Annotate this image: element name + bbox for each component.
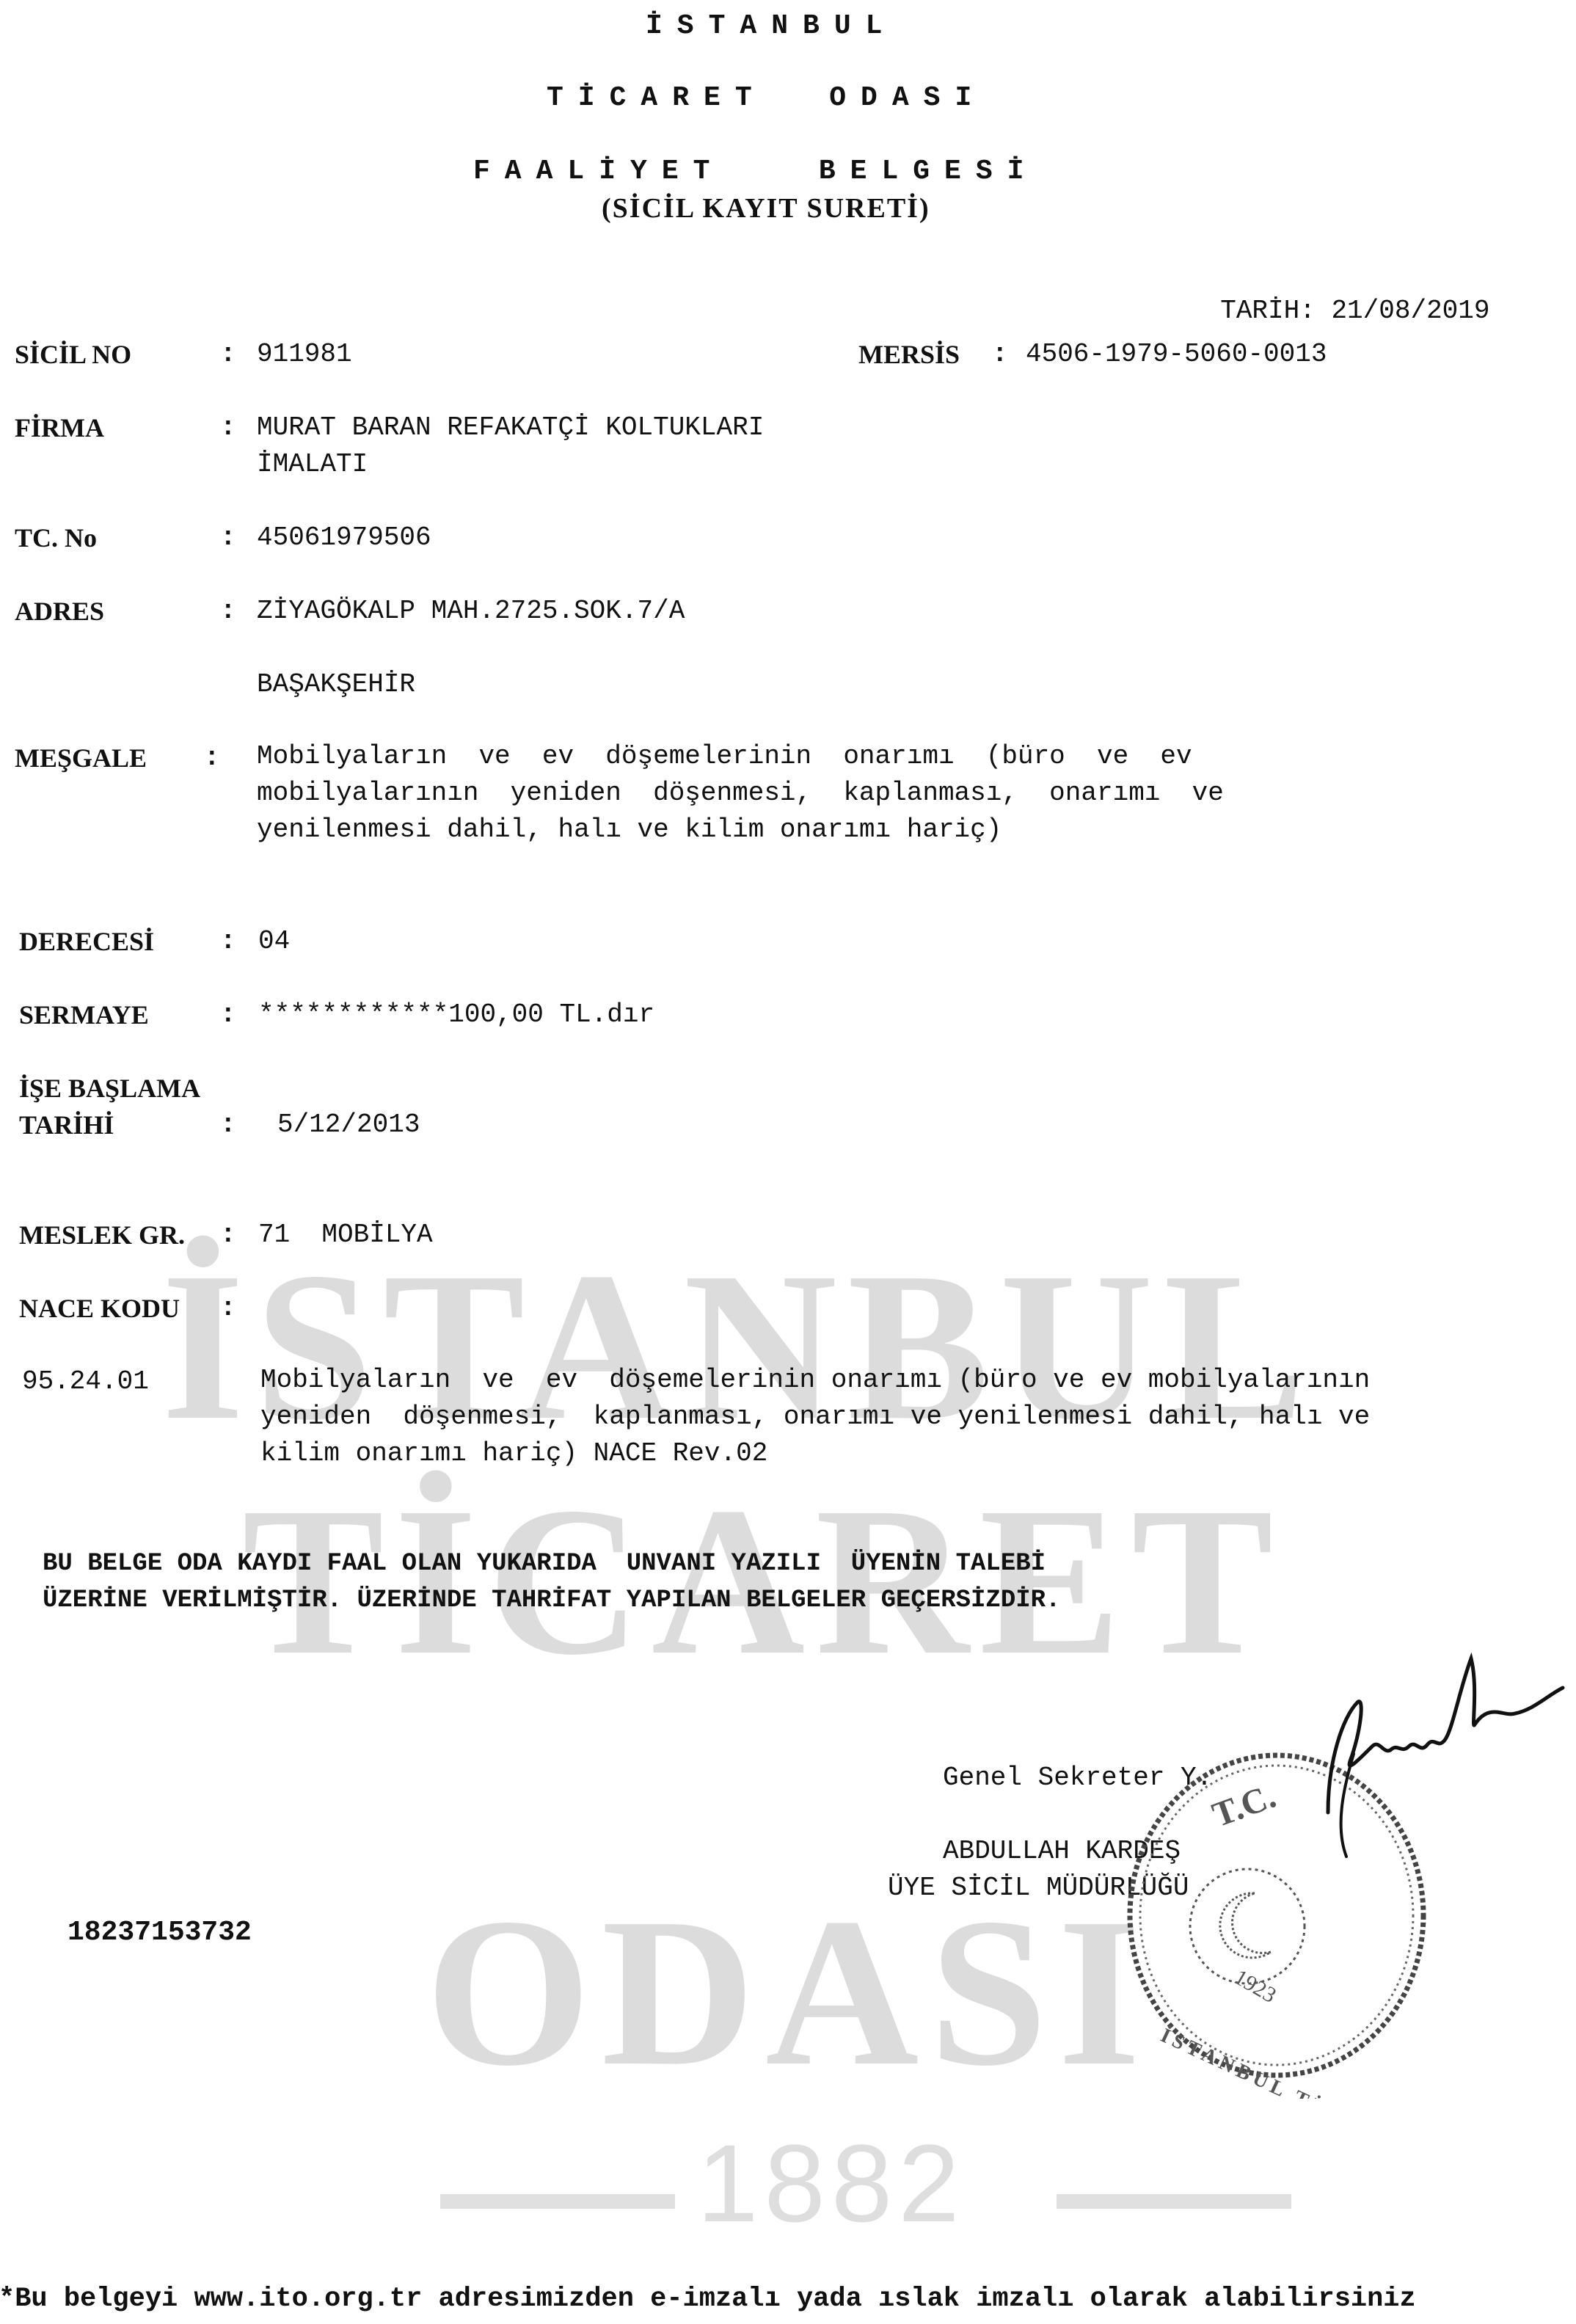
mesgale-label: MEŞGALE <box>15 743 147 773</box>
colon: : <box>220 1293 236 1323</box>
adres-value-line2: BAŞAKŞEHİR <box>257 669 415 699</box>
date: TARİH: 21/08/2019 <box>1189 266 1490 326</box>
tc-no-label: TC. No <box>15 522 97 553</box>
firma-value-line2: İMALATI <box>257 449 368 479</box>
colon: : <box>220 596 236 626</box>
nace-line-1: Mobilyaların ve ev döşemelerinin onarımı… <box>260 1362 1370 1399</box>
derecesi-label: DERECESİ <box>19 926 154 957</box>
meslek-gr-value: 71 MOBİLYA <box>258 1220 433 1250</box>
colon: : <box>204 743 220 773</box>
tc-no-value: 45061979506 <box>257 522 431 553</box>
watermark-odasi: ODASI <box>426 1886 1151 2099</box>
meslek-gr-label: MESLEK GR. <box>19 1220 185 1250</box>
header-faaliyet-belgesi: FAALİYET BELGESİ <box>473 156 1038 187</box>
nace-line-2: yeniden döşenmesi, kaplanması, onarımı v… <box>260 1399 1370 1435</box>
colon: : <box>220 412 236 442</box>
sicil-no-label: SİCİL NO <box>15 339 131 370</box>
mesgale-line-1: Mobilyaların ve ev döşemelerinin onarımı… <box>257 738 1192 775</box>
footer-note: *Bu belgeyi www.ito.org.tr adresimizden … <box>0 2284 1416 2314</box>
date-label: TARİH: <box>1220 296 1316 326</box>
notice-line-1: BU BELGE ODA KAYDI FAAL OLAN YUKARIDA UN… <box>43 1545 1046 1582</box>
ise-baslama-label-line1: İŞE BAŞLAMA <box>19 1073 200 1104</box>
colon: : <box>220 926 236 956</box>
signature-scribble-icon <box>1313 1644 1570 1864</box>
adres-label: ADRES <box>15 596 104 627</box>
svg-text:T.C.: T.C. <box>1208 1777 1281 1835</box>
mersis-label: MERSİS <box>858 339 960 370</box>
mesgale-line-2: mobilyalarının yeniden döşenmesi, kaplan… <box>257 775 1224 812</box>
watermark-bar-left <box>440 2194 675 2209</box>
firma-value-line1: MURAT BARAN REFAKATÇİ KOLTUKLARI <box>257 412 764 442</box>
colon: : <box>220 999 236 1030</box>
nace-line-3: kilim onarımı hariç) NACE Rev.02 <box>260 1435 767 1472</box>
header-subtitle: (SİCİL KAYIT SURETİ) <box>602 192 930 225</box>
firma-label: FİRMA <box>15 412 104 443</box>
colon: : <box>220 1220 236 1250</box>
colon: : <box>220 522 236 553</box>
nace-kodu-label: NACE KODU <box>19 1293 180 1324</box>
ise-baslama-label-line2: TARİHİ <box>19 1110 114 1140</box>
svg-text:1923: 1923 <box>1230 1964 1280 2008</box>
sermaye-value: ************100,00 TL.dır <box>258 999 654 1030</box>
sicil-no-value: 911981 <box>257 339 352 369</box>
mesgale-line-3: yenilenmesi dahil, halı ve kilim onarımı… <box>257 812 1002 848</box>
sermaye-label: SERMAYE <box>19 999 149 1030</box>
mersis-value: 4506-1979-5060-0013 <box>1026 339 1327 369</box>
watermark-year: 1882 <box>697 2128 966 2238</box>
colon: : <box>220 1110 236 1140</box>
header-ticaret-odasi: TİCARET ODASI <box>547 82 986 114</box>
date-value: 21/08/2019 <box>1331 296 1489 326</box>
nace-code: 95.24.01 <box>22 1366 149 1396</box>
notice-line-2: ÜZERİNE VERİLMİŞTİR. ÜZERİNDE TAHRİFAT Y… <box>43 1582 1060 1619</box>
document-number: 18237153732 <box>68 1917 252 1948</box>
header-istanbul: İSTANBUL <box>646 10 897 42</box>
derecesi-value: 04 <box>258 926 290 956</box>
colon: : <box>220 339 236 369</box>
colon: : <box>992 339 1008 369</box>
svg-text:İSTANBUL TİCARET ODASI: İSTANBUL TİCARET ODASI <box>1157 2024 1453 2099</box>
ise-baslama-value: 5/12/2013 <box>277 1110 420 1140</box>
adres-value-line1: ZİYAGÖKALP MAH.2725.SOK.7/A <box>257 596 685 626</box>
watermark-bar-right <box>1057 2194 1291 2209</box>
